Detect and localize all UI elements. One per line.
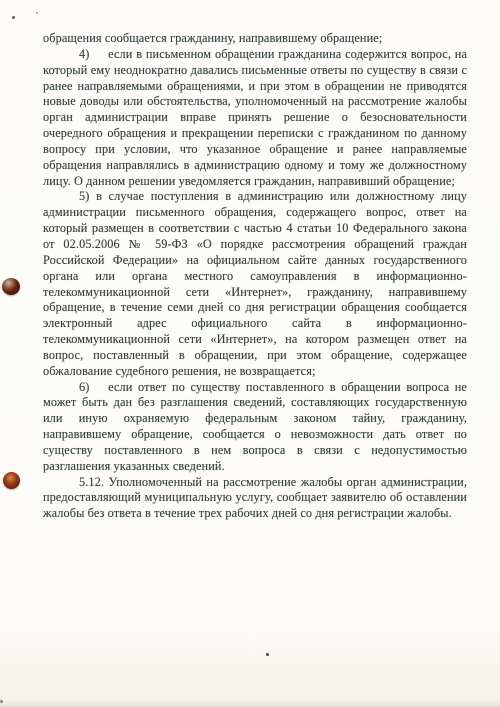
paragraph-item-4: 4) если в письменном обращении гражданин… [43,47,467,190]
paragraph-item-5: 5) в случае поступления в администрацию … [43,189,467,379]
rivet-fastener-mark-icon [3,472,20,489]
paragraph-continuation: обращения сообщается гражданину, направи… [43,31,467,47]
scan-speck [0,700,3,703]
paragraph-item-6: 6) если ответ по существу поставленного … [43,380,467,475]
paragraph-clause-5-12: 5.12. Уполномоченный на рассмотрение жал… [43,475,467,523]
scan-speck [36,12,38,14]
scan-speck [12,16,15,19]
rivet-fastener-mark-icon [2,278,20,295]
document-body: обращения сообщается гражданину, направи… [43,31,467,522]
scan-speck [266,653,269,656]
